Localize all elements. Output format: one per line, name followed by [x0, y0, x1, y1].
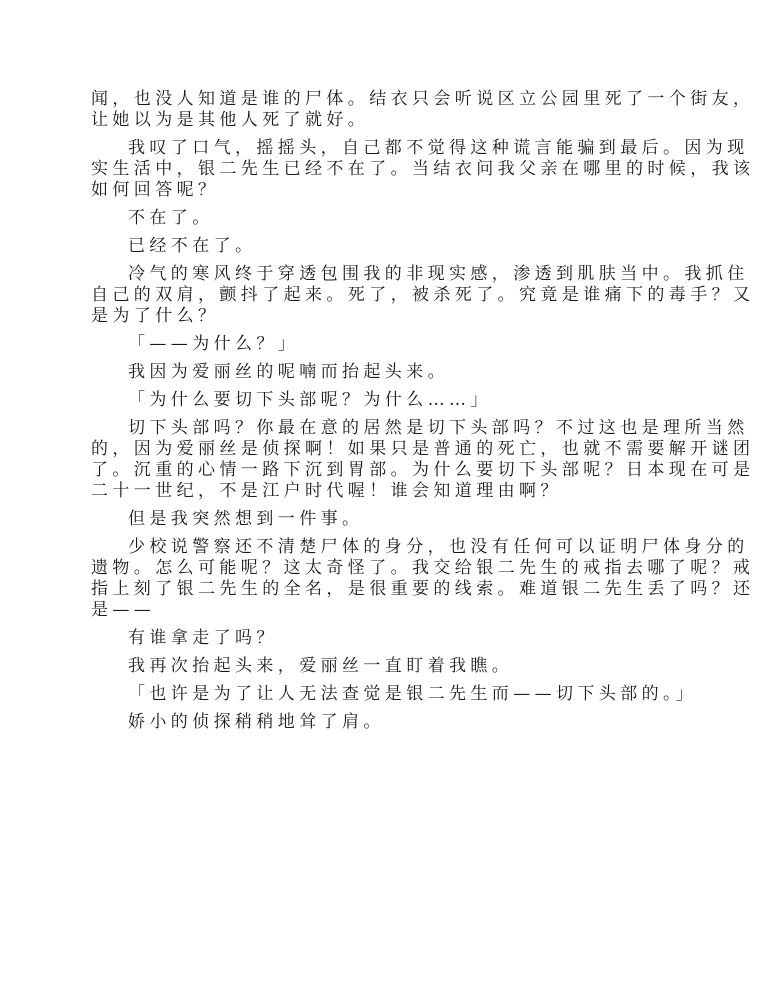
paragraph-12: 有谁拿走了吗？ — [91, 628, 681, 649]
text-line: 有谁拿走了吗？ — [91, 628, 681, 649]
text-line: 不在了。 — [91, 208, 681, 229]
paragraph-13: 我再次抬起头来，爱丽丝一直盯着我瞧。 — [91, 656, 681, 677]
paragraph-7: 我因为爱丽丝的呢喃而抬起头来。 — [91, 362, 681, 383]
text-line: 了。沉重的心情一路下沉到胃部。为什么要切下头部呢？日本现在可是 — [91, 460, 681, 481]
text-line: 遗物。怎么可能呢？这太奇怪了。我交给银二先生的戒指去哪了呢？戒 — [91, 558, 681, 579]
text-line: 如何回答呢？ — [91, 180, 681, 201]
text-line: 「——为什么？」 — [91, 334, 681, 355]
paragraph-8-dialogue: 「为什么要切下头部呢？为什么……」 — [91, 390, 681, 411]
text-line: 已经不在了。 — [91, 236, 681, 257]
text-line: 闻，也没人知道是谁的尸体。结衣只会听说区立公园里死了一个街友， — [91, 89, 681, 110]
text-line: 是为了什么？ — [91, 306, 681, 327]
text-line: 冷气的寒风终于穿透包围我的非现实感，渗透到肌肤当中。我抓住 — [91, 264, 681, 285]
paragraph-4: 已经不在了。 — [91, 236, 681, 257]
text-line: 我叹了口气，摇摇头，自己都不觉得这种谎言能骗到最后。因为现 — [91, 138, 681, 159]
text-line: 「为什么要切下头部呢？为什么……」 — [91, 390, 681, 411]
paragraph-10: 但是我突然想到一件事。 — [91, 509, 681, 530]
text-line: 指上刻了银二先生的全名，是很重要的线索。难道银二先生丢了吗？还 — [91, 579, 681, 600]
text-line: 切下头部吗？你最在意的居然是切下头部吗？不过这也是理所当然 — [91, 418, 681, 439]
paragraph-6-dialogue: 「——为什么？」 — [91, 334, 681, 355]
paragraph-3: 不在了。 — [91, 208, 681, 229]
paragraph-2: 我叹了口气，摇摇头，自己都不觉得这种谎言能骗到最后。因为现 实生活中，银二先生已… — [91, 138, 681, 201]
text-line: 我再次抬起头来，爱丽丝一直盯着我瞧。 — [91, 656, 681, 677]
text-line: 「也许是为了让人无法查觉是银二先生而——切下头部的。」 — [91, 684, 681, 705]
paragraph-9: 切下头部吗？你最在意的居然是切下头部吗？不过这也是理所当然 的，因为爱丽丝是侦探… — [91, 418, 681, 502]
paragraph-1: 闻，也没人知道是谁的尸体。结衣只会听说区立公园里死了一个街友， 让她以为是其他人… — [91, 89, 681, 131]
text-line: 实生活中，银二先生已经不在了。当结衣问我父亲在哪里的时候，我该 — [91, 159, 681, 180]
paragraph-11: 少校说警察还不清楚尸体的身分，也没有任何可以证明尸体身分的 遗物。怎么可能呢？这… — [91, 537, 681, 621]
text-line: 的，因为爱丽丝是侦探啊！如果只是普通的死亡，也就不需要解开谜团 — [91, 439, 681, 460]
text-line: 让她以为是其他人死了就好。 — [91, 110, 681, 131]
text-line: 我因为爱丽丝的呢喃而抬起头来。 — [91, 362, 681, 383]
text-line: 自己的双肩，颤抖了起来。死了，被杀死了。究竟是谁痛下的毒手？又 — [91, 285, 681, 306]
text-line: 但是我突然想到一件事。 — [91, 509, 681, 530]
text-line: 是—— — [91, 600, 681, 621]
text-line: 娇小的侦探稍稍地耸了肩。 — [91, 712, 681, 733]
paragraph-14-dialogue: 「也许是为了让人无法查觉是银二先生而——切下头部的。」 — [91, 684, 681, 705]
text-line: 二十一世纪，不是江户时代喔！谁会知道理由啊？ — [91, 481, 681, 502]
paragraph-15: 娇小的侦探稍稍地耸了肩。 — [91, 712, 681, 733]
text-line: 少校说警察还不清楚尸体的身分，也没有任何可以证明尸体身分的 — [91, 537, 681, 558]
paragraph-5: 冷气的寒风终于穿透包围我的非现实感，渗透到肌肤当中。我抓住 自己的双肩，颤抖了起… — [91, 264, 681, 327]
document-page: 闻，也没人知道是谁的尸体。结衣只会听说区立公园里死了一个街友， 让她以为是其他人… — [91, 89, 681, 740]
